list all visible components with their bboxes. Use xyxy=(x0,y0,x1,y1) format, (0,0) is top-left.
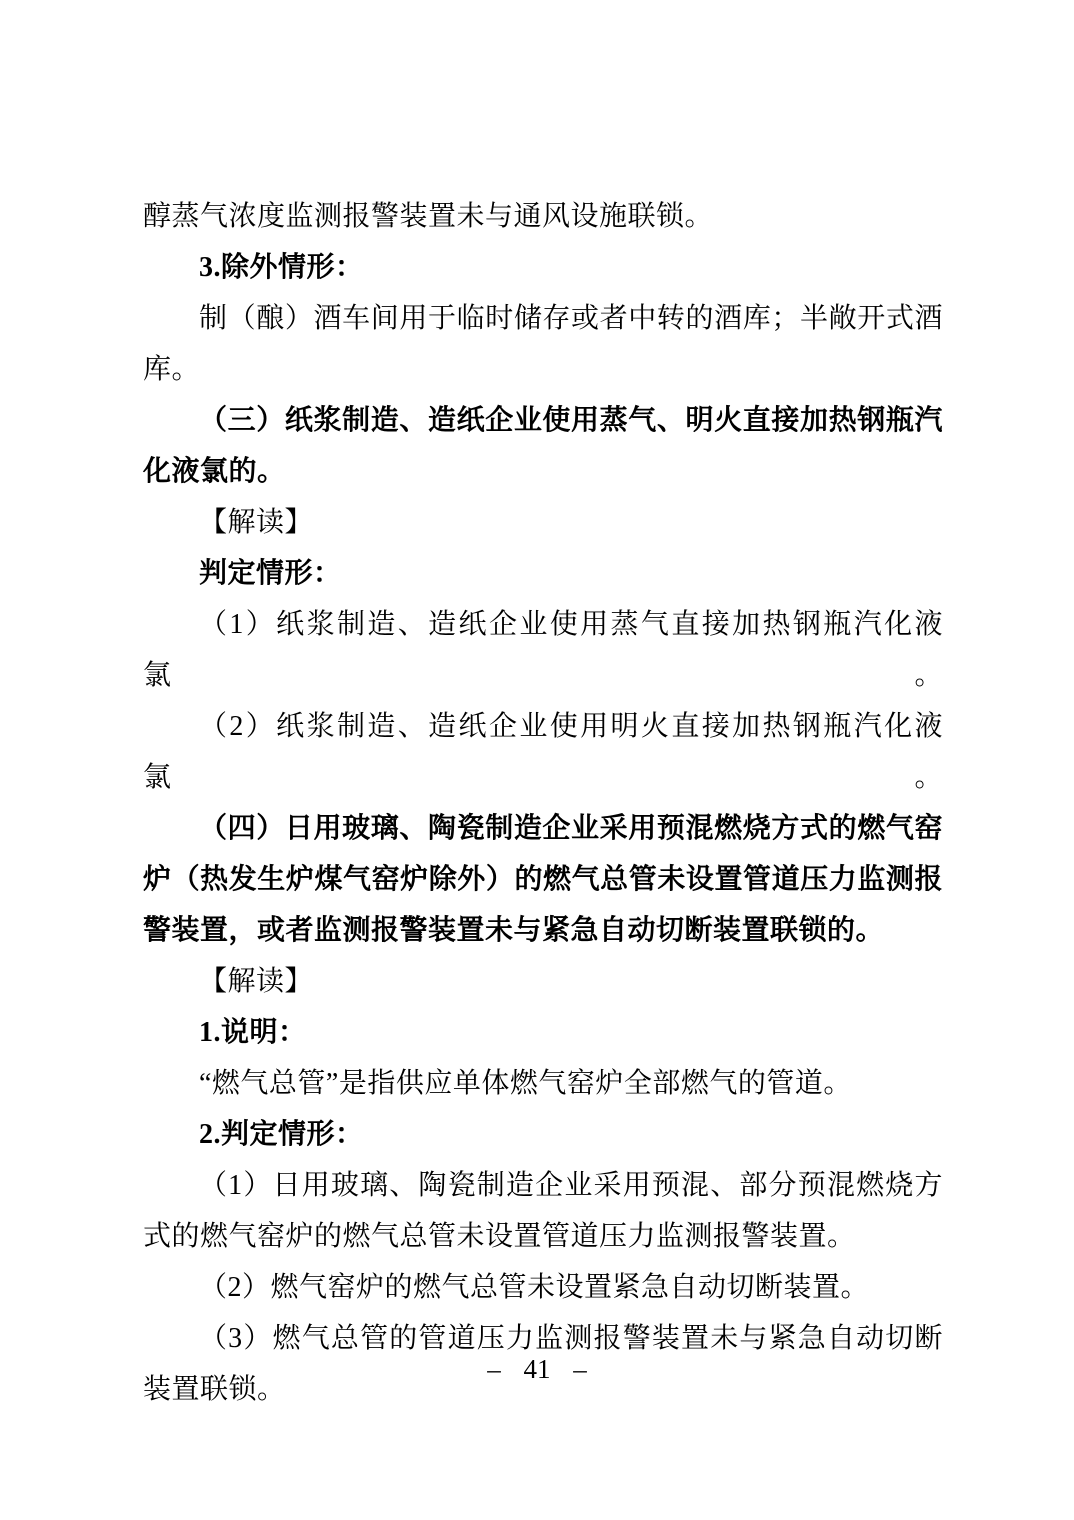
interpretation-label: 【解读】 xyxy=(143,956,943,1007)
list-item-line: （2）燃气窑炉的燃气总管未设置紧急自动切断装置。 xyxy=(143,1262,943,1313)
section-heading-line: 警装置，或者监测报警装置未与紧急自动切断装置联锁的。 xyxy=(143,905,943,956)
list-item-line: （1）日用玻璃、陶瓷制造企业采用预混、部分预混燃烧方 xyxy=(143,1160,943,1211)
section-heading-line: 化液氯的。 xyxy=(143,446,943,497)
numbered-heading: 1.说明： xyxy=(143,1007,943,1058)
paragraph-line: 式的燃气窑炉的燃气总管未设置管道压力监测报警装置。 xyxy=(143,1211,943,1262)
document-body: 醇蒸气浓度监测报警装置未与通风设施联锁。 3.除外情形： 制（酿）酒车间用于临时… xyxy=(143,191,943,1415)
paragraph-line: 制（酿）酒车间用于临时储存或者中转的酒库；半敞开式酒 xyxy=(143,293,943,344)
section-heading-line: （三）纸浆制造、造纸企业使用蒸气、明火直接加热钢瓶汽 xyxy=(143,395,943,446)
numbered-heading: 2.判定情形： xyxy=(143,1109,943,1160)
interpretation-label: 【解读】 xyxy=(143,497,943,548)
numbered-heading: 3.除外情形： xyxy=(143,242,943,293)
paragraph-line: “燃气总管”是指供应单体燃气窑炉全部燃气的管道。 xyxy=(143,1058,943,1109)
section-heading-line: （四）日用玻璃、陶瓷制造企业采用预混燃烧方式的燃气窑 xyxy=(143,803,943,854)
subheading-line: 判定情形： xyxy=(143,548,943,599)
document-page: 醇蒸气浓度监测报警装置未与通风设施联锁。 3.除外情形： 制（酿）酒车间用于临时… xyxy=(0,0,1074,1520)
list-item-line: （2）纸浆制造、造纸企业使用明火直接加热钢瓶汽化液氯。 xyxy=(143,701,943,803)
page-number: – 41 – xyxy=(0,1349,1074,1389)
list-item-line: （1）纸浆制造、造纸企业使用蒸气直接加热钢瓶汽化液氯。 xyxy=(143,599,943,701)
section-heading-line: 炉（热发生炉煤气窑炉除外）的燃气总管未设置管道压力监测报 xyxy=(143,854,943,905)
paragraph-line: 库。 xyxy=(143,344,943,395)
paragraph-line: 醇蒸气浓度监测报警装置未与通风设施联锁。 xyxy=(143,191,943,242)
